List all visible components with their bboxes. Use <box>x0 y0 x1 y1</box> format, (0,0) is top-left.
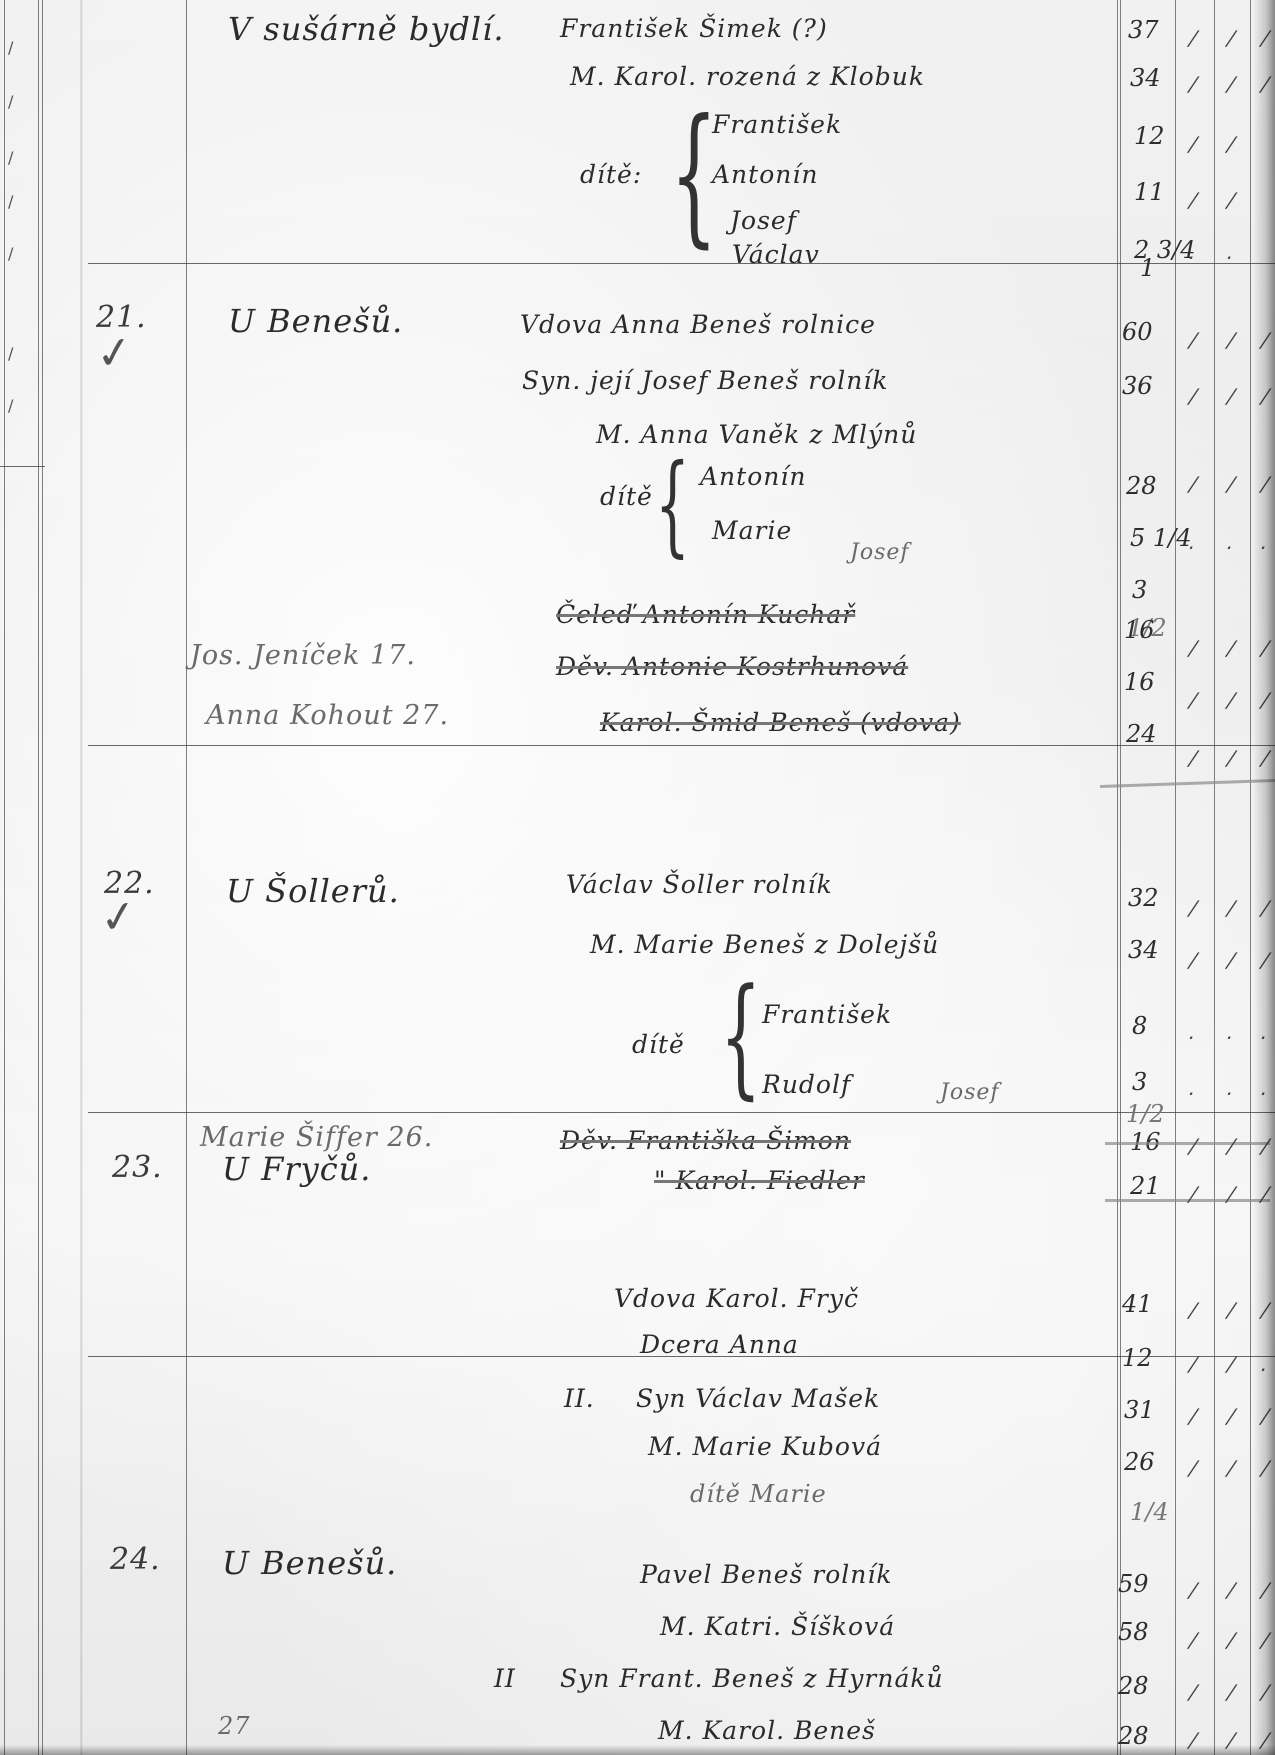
person-name: Václav <box>732 240 820 269</box>
adjacent-mark: / <box>8 192 13 211</box>
adjacent-mark: / <box>8 92 13 111</box>
age: 21 <box>1130 1172 1161 1200</box>
mark: . <box>1224 1020 1239 1044</box>
mark: / <box>1224 1298 1239 1322</box>
adjacent-mark: / <box>8 396 13 415</box>
margin-note: Jos. Jeníček 17. <box>190 640 416 671</box>
person-name: František <box>712 110 842 139</box>
house-name: U Šollerů. <box>226 872 400 910</box>
age: 59 <box>1118 1570 1149 1598</box>
mark: / <box>1224 1680 1239 1704</box>
strike-line <box>1105 1142 1270 1145</box>
age: 12 <box>1134 122 1165 150</box>
mark: / <box>1186 328 1201 352</box>
age: 31 <box>1124 1396 1155 1424</box>
person-name-crossed: Děv. Antonie Kostrhunová <box>556 652 908 681</box>
age: 1 <box>1140 254 1155 282</box>
mark: / <box>1186 688 1201 712</box>
checkmark-icon: ✓ <box>93 326 137 382</box>
adjacent-page-rule <box>42 0 43 1755</box>
mark: / <box>1224 688 1239 712</box>
mark: / <box>1186 1456 1201 1480</box>
mark: / <box>1186 948 1201 972</box>
mark: / <box>1186 1404 1201 1428</box>
person-name-pencil: Josef <box>940 1080 1000 1105</box>
person-name-pencil: dítě Marie <box>690 1480 827 1508</box>
person-name: Rudolf <box>762 1070 851 1099</box>
mark: / <box>1186 1680 1201 1704</box>
age: 60 <box>1122 318 1153 346</box>
age: 36 <box>1122 372 1153 400</box>
mark: / <box>1224 896 1239 920</box>
age: 37 <box>1128 16 1159 44</box>
adjacent-mark: / <box>8 344 13 363</box>
person-name: M. Karol. Beneš <box>658 1716 876 1745</box>
strike-line <box>1100 779 1275 788</box>
person-name: Antonín <box>712 160 818 189</box>
person-name: M. Karol. rozená z Klobuk <box>570 62 925 91</box>
mark: / <box>1186 384 1201 408</box>
person-name: Josef <box>730 206 797 235</box>
mark: / <box>1224 1578 1239 1602</box>
age: 24 <box>1126 720 1157 748</box>
mark: . <box>1224 530 1239 554</box>
generation-label: II <box>494 1664 516 1693</box>
mark: / <box>1186 188 1201 212</box>
mark: / <box>1224 1456 1239 1480</box>
mark: / <box>1186 1298 1201 1322</box>
house-name: U Benešů. <box>228 302 403 340</box>
scan-edge-shadow <box>0 1745 1275 1755</box>
house-name: U Fryčů. <box>222 1150 371 1188</box>
mark: / <box>1186 636 1201 660</box>
census-page: / / / / / / / V sušárně bydlí. František… <box>0 0 1275 1755</box>
household-number: 24. <box>110 1542 161 1577</box>
age: 11 <box>1134 178 1165 206</box>
scan-edge-shadow <box>1253 0 1275 1755</box>
mark: / <box>1224 636 1239 660</box>
person-name: M. Anna Vaněk z Mlýnů <box>596 420 917 449</box>
mark: / <box>1186 1182 1201 1206</box>
mark: / <box>1224 188 1239 212</box>
age: 41 <box>1122 1290 1153 1318</box>
adjacent-page-rule <box>38 0 39 1755</box>
children-label: dítě <box>632 1030 685 1059</box>
mark: / <box>1224 1404 1239 1428</box>
mark: / <box>1224 1134 1239 1158</box>
age: 1/4 <box>1130 1498 1169 1526</box>
person-name-crossed: Čeleď Antonín Kuchař <box>556 600 855 629</box>
age: 28 <box>1126 472 1157 500</box>
age: 8 <box>1132 1012 1147 1040</box>
row-separator <box>88 745 1275 746</box>
margin-note: Anna Kohout 27. <box>206 700 449 731</box>
person-name: František <box>762 1000 892 1029</box>
mark: / <box>1224 1182 1239 1206</box>
mark: / <box>1224 328 1239 352</box>
person-name: Václav Šoller rolník <box>566 870 833 899</box>
person-name: Marie <box>712 516 792 545</box>
person-name: Vdova Anna Beneš rolnice <box>520 310 876 339</box>
house-name: V sušárně bydlí. <box>228 10 505 48</box>
age: 3 <box>1132 576 1147 604</box>
adjacent-mark: / <box>8 148 13 167</box>
age: 16 <box>1124 668 1155 696</box>
person-name: M. Katri. Šíšková <box>660 1612 895 1641</box>
mark: / <box>1224 746 1239 770</box>
age: 26 <box>1124 1448 1155 1476</box>
mark: / <box>1224 384 1239 408</box>
generation-label: II. <box>564 1384 595 1413</box>
person-name: Vdova Karol. Fryč <box>614 1284 859 1313</box>
adjacent-mark: / <box>8 244 13 263</box>
person-name: Dcera Anna <box>640 1330 799 1359</box>
adjacent-mark: / <box>8 38 13 57</box>
house-name: U Benešů. <box>222 1544 397 1582</box>
mark: / <box>1186 896 1201 920</box>
children-label: dítě <box>600 482 653 511</box>
person-name: Pavel Beneš rolník <box>640 1560 893 1589</box>
mark: . <box>1186 1076 1201 1100</box>
mark: / <box>1224 472 1239 496</box>
brace-icon: { <box>720 960 761 1112</box>
brace-icon: { <box>670 88 718 262</box>
page-number-note: 27 <box>218 1712 251 1740</box>
age: 1/2 <box>1126 1100 1165 1128</box>
mark: / <box>1186 472 1201 496</box>
mark: . <box>1224 240 1239 264</box>
age: 5 1/4 <box>1130 524 1192 552</box>
children-label: dítě: <box>580 160 642 189</box>
person-name: Antonín <box>700 462 806 491</box>
age: 28 <box>1118 1672 1149 1700</box>
mark: / <box>1186 72 1201 96</box>
age: 3 <box>1132 1068 1147 1096</box>
page-fold <box>80 0 83 1755</box>
checkmark-icon: ✓ <box>97 890 141 946</box>
row-separator <box>88 263 1275 264</box>
person-name-crossed: Děv. Františka Šimon <box>560 1126 851 1155</box>
age: 34 <box>1128 936 1159 964</box>
person-name-pencil: Josef <box>850 540 910 565</box>
age: 16 <box>1124 616 1155 644</box>
row-separator <box>88 1112 1275 1113</box>
mark: . <box>1186 1020 1201 1044</box>
age: 32 <box>1128 884 1159 912</box>
mark: / <box>1224 948 1239 972</box>
age: 12 <box>1122 1344 1153 1372</box>
mark: / <box>1224 72 1239 96</box>
person-name: Syn Václav Mašek <box>636 1384 880 1413</box>
person-name-crossed: Karol. Šmid Beneš (vdova) <box>600 708 961 737</box>
person-name: M. Marie Beneš z Dolejšů <box>590 930 939 959</box>
household-number: 23. <box>112 1150 163 1185</box>
adjacent-page-rule <box>4 0 5 1755</box>
age: 58 <box>1118 1618 1149 1646</box>
age: 34 <box>1130 64 1161 92</box>
adjacent-row-rule <box>0 466 45 467</box>
mark: . <box>1224 1076 1239 1100</box>
mark: / <box>1186 1134 1201 1158</box>
person-name: Syn Frant. Beneš z Hyrnáků <box>560 1664 944 1693</box>
brace-icon: { <box>655 440 690 568</box>
person-name: František Šimek (?) <box>560 14 828 43</box>
person-name-crossed: " Karol. Fiedler <box>654 1166 865 1195</box>
margin-note: Marie Šiffer 26. <box>200 1122 433 1153</box>
person-name: Syn. její Josef Beneš rolník <box>522 366 888 395</box>
mark: / <box>1186 746 1201 770</box>
mark: / <box>1224 26 1239 50</box>
mark: / <box>1186 1628 1201 1652</box>
mark: / <box>1186 1578 1201 1602</box>
mark: / <box>1186 26 1201 50</box>
mark: / <box>1186 132 1201 156</box>
mark: / <box>1224 1628 1239 1652</box>
person-name: M. Marie Kubová <box>648 1432 882 1461</box>
mark: / <box>1224 132 1239 156</box>
